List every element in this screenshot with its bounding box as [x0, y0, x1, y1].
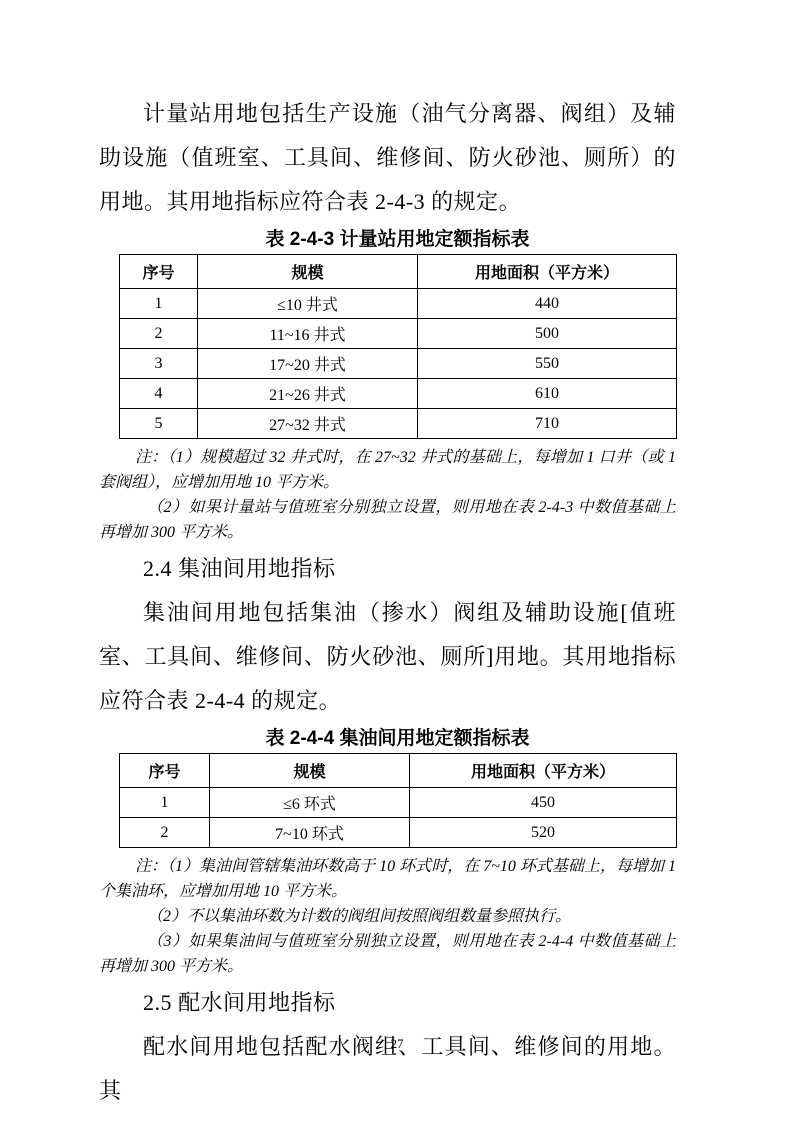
page-content: 计量站用地包括生产设施（油气分离器、阀组）及辅助设施（值班室、工具间、维修间、防… — [99, 92, 676, 1113]
table-2-4-3-caption: 表 2-4-3 计量站用地定额指标表 — [119, 228, 676, 252]
table-header-row: 序号 规模 用地面积（平方米） — [120, 754, 677, 788]
intro-paragraph: 计量站用地包括生产设施（油气分离器、阀组）及辅助设施（值班室、工具间、维修间、防… — [99, 92, 676, 224]
table-header-row: 序号 规模 用地面积（平方米） — [120, 255, 677, 289]
column-header-area: 用地面积（平方米） — [410, 754, 677, 788]
table-row: 2 7~10 环式 520 — [120, 818, 677, 848]
table-cell: 27~32 井式 — [198, 409, 418, 439]
section-2-5-heading: 2.5 配水间用地指标 — [99, 981, 676, 1025]
column-header-area: 用地面积（平方米） — [418, 255, 677, 289]
table-2-4-4-notes: 注：（1）集油间管辖集油环数高于 10 环式时，在 7~10 环式基础上，每增加… — [99, 854, 676, 979]
table-cell: 450 — [410, 788, 677, 818]
table-cell: 2 — [120, 319, 198, 349]
table-cell: 1 — [120, 788, 210, 818]
table-cell: 17~20 井式 — [198, 349, 418, 379]
table-row: 5 27~32 井式 710 — [120, 409, 677, 439]
table-cell: ≤10 井式 — [198, 289, 418, 319]
table-cell: 500 — [418, 319, 677, 349]
table-cell: 3 — [120, 349, 198, 379]
table-2-4-3: 序号 规模 用地面积（平方米） 1 ≤10 井式 440 2 11~16 井式 … — [119, 254, 677, 439]
table-cell: 610 — [418, 379, 677, 409]
table-cell: 1 — [120, 289, 198, 319]
table-cell: 440 — [418, 289, 677, 319]
table-row: 2 11~16 井式 500 — [120, 319, 677, 349]
note-item: 注：（1）集油间管辖集油环数高于 10 环式时，在 7~10 环式基础上，每增加… — [99, 854, 676, 904]
table-cell: 550 — [418, 349, 677, 379]
table-2-4-3-notes: 注：（1）规模超过 32 井式时，在 27~32 井式的基础上，每增加 1 口井… — [99, 445, 676, 545]
table-cell: ≤6 环式 — [210, 788, 410, 818]
table-cell: 2 — [120, 818, 210, 848]
section-2-4-paragraph: 集油间用地包括集油（掺水）阀组及辅助设施[值班室、工具间、维修间、防火砂池、厕所… — [99, 591, 676, 723]
table-cell: 5 — [120, 409, 198, 439]
document-page: 计量站用地包括生产设施（油气分离器、阀组）及辅助设施（值班室、工具间、维修间、防… — [0, 0, 794, 1122]
page-number: 27 — [0, 1036, 794, 1052]
table-cell: 520 — [410, 818, 677, 848]
note-item: （3）如果集油间与值班室分别独立设置，则用地在表 2-4-4 中数值基础上再增加… — [99, 929, 676, 979]
table-row: 4 21~26 井式 610 — [120, 379, 677, 409]
table-cell: 11~16 井式 — [198, 319, 418, 349]
table-2-4-4-caption: 表 2-4-4 集油间用地定额指标表 — [119, 727, 676, 751]
table-row: 1 ≤10 井式 440 — [120, 289, 677, 319]
note-item: （2）如果计量站与值班室分别独立设置，则用地在表 2-4-3 中数值基础上再增加… — [99, 495, 676, 545]
note-item: 注：（1）规模超过 32 井式时，在 27~32 井式的基础上，每增加 1 口井… — [99, 445, 676, 495]
table-row: 3 17~20 井式 550 — [120, 349, 677, 379]
section-2-4-heading: 2.4 集油间用地指标 — [99, 547, 676, 591]
column-header-seq: 序号 — [120, 754, 210, 788]
column-header-scale: 规模 — [198, 255, 418, 289]
table-cell: 21~26 井式 — [198, 379, 418, 409]
table-row: 1 ≤6 环式 450 — [120, 788, 677, 818]
table-cell: 710 — [418, 409, 677, 439]
table-2-4-4: 序号 规模 用地面积（平方米） 1 ≤6 环式 450 2 7~10 环式 52… — [119, 753, 677, 848]
table-cell: 4 — [120, 379, 198, 409]
column-header-scale: 规模 — [210, 754, 410, 788]
table-cell: 7~10 环式 — [210, 818, 410, 848]
note-item: （2）不以集油环数为计数的阀组间按照阀组数量参照执行。 — [99, 904, 676, 929]
column-header-seq: 序号 — [120, 255, 198, 289]
